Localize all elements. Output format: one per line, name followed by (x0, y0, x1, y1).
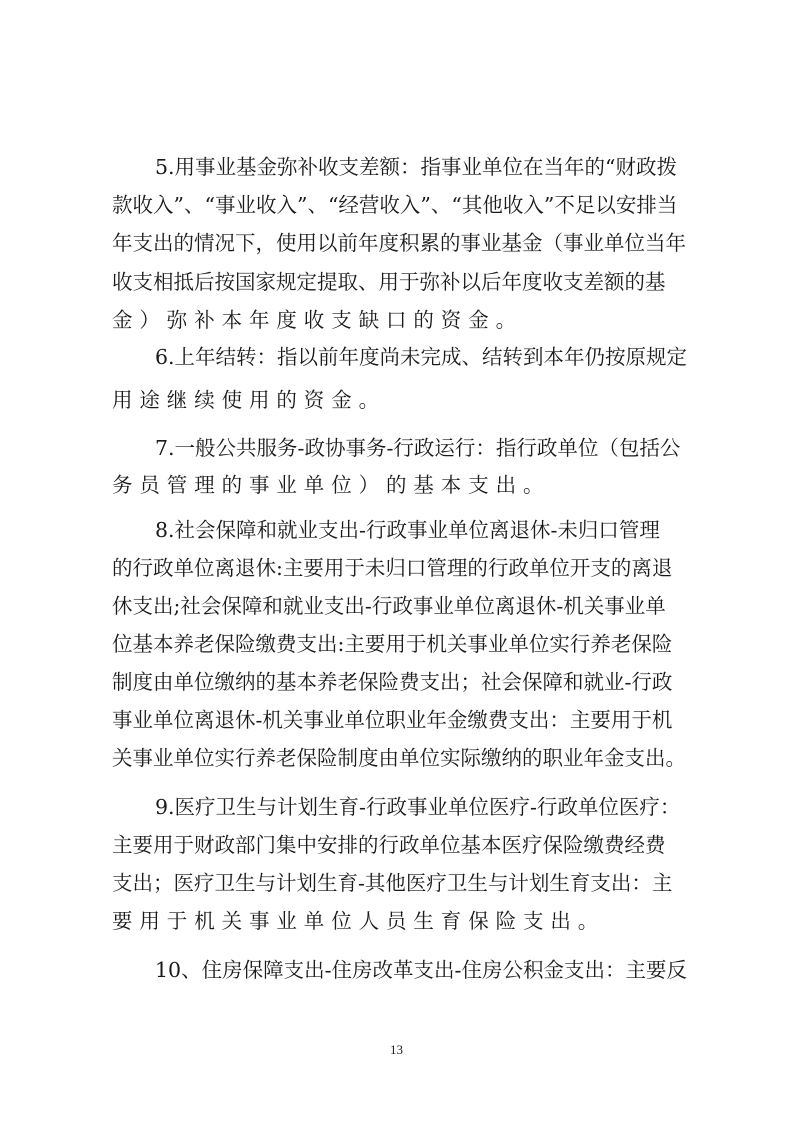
text-line: 用途继续使用的资金。 (112, 385, 698, 415)
text-line: 9.医疗卫生与计划生育-行政事业单位医疗-行政单位医疗： (155, 792, 698, 822)
text-line: 关事业单位实行养老保险制度由单位实际缴纳的职业年金支出。 (112, 743, 698, 773)
text-line: 7.一般公共服务-政协事务-行政运行：指行政单位（包括公 (155, 433, 698, 463)
text-line: 务员管理的事业单位）的基本支出。 (112, 470, 698, 500)
text-line: 款收入”、“事业收入”、“经营收入”、“其他收入”不足以安排当 (112, 190, 698, 220)
text-line: 年支出的情况下，使用以前年度积累的事业基金（事业单位当年 (112, 228, 698, 258)
text-line: 6.上年结转：指以前年度尚未完成、结转到本年仍按原规定 (155, 342, 698, 372)
text-line: 8.社会保障和就业支出-行政事业单位离退休-未归口管理 (155, 515, 698, 545)
text-line: 支出；医疗卫生与计划生育-其他医疗卫生与计划生育支出：主 (112, 868, 698, 898)
page-number: 13 (0, 1042, 793, 1058)
text-line: 位基本养老保险缴费支出:主要用于机关事业单位实行养老保险 (112, 629, 698, 659)
document-page: 5.用事业基金弥补收支差额：指事业单位在当年的“财政拨 款收入”、“事业收入”、… (0, 0, 793, 1122)
text-line: 要用于机关事业单位人员生育保险支出。 (112, 906, 698, 936)
text-line: 休支出;社会保障和就业支出-行政事业单位离退休-机关事业单 (112, 591, 698, 621)
text-line: 金）弥补本年度收支缺口的资金。 (112, 305, 698, 335)
text-line: 收支相抵后按国家规定提取、用于弥补以后年度收支差额的基 (112, 267, 698, 297)
text-line: 的行政单位离退休:主要用于未归口管理的行政单位开支的离退 (112, 553, 698, 583)
text-line: 5.用事业基金弥补收支差额：指事业单位在当年的“财政拨 (155, 152, 698, 182)
text-line: 事业单位离退休-机关事业单位职业年金缴费支出：主要用于机 (112, 705, 698, 735)
text-line: 制度由单位缴纳的基本养老保险费支出；社会保障和就业-行政 (112, 667, 698, 697)
text-line: 10、住房保障支出-住房改革支出-住房公积金支出：主要反 (155, 955, 698, 985)
text-line: 主要用于财政部门集中安排的行政单位基本医疗保险缴费经费 (112, 830, 698, 860)
